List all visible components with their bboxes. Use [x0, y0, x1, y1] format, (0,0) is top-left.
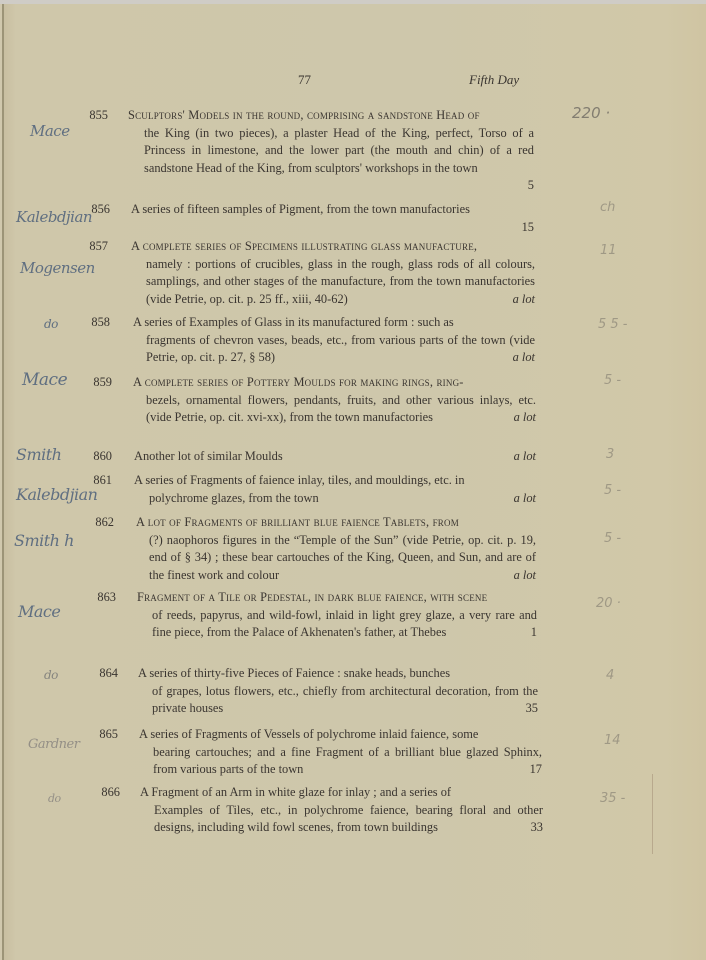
lot-description: A lot of Fragments of brilliant blue fai…	[136, 514, 536, 584]
buyer-name: Mace	[18, 603, 60, 621]
lot-description: A Fragment of an Arm in white glaze for …	[140, 784, 543, 837]
lot-desc-first: A series of fifteen samples of Pigment, …	[131, 202, 470, 216]
page-gutter-edge	[2, 4, 4, 960]
lot-quantity: a lot	[514, 409, 536, 427]
lot-desc-rest: namely : portions of crucibles, glass in…	[131, 256, 535, 309]
lot-quantity: a lot	[513, 349, 535, 367]
sale-price: 11	[600, 242, 617, 260]
lot-desc-first: A complete series of Pottery Moulds for …	[133, 375, 464, 389]
sale-price: 5 5 -	[598, 316, 628, 334]
lot-quantity: a lot	[514, 448, 536, 466]
sale-price: ch	[600, 199, 615, 217]
lot-desc-rest: bearing cartouches; and a fine Fragment …	[139, 744, 542, 779]
lot-number: 864	[78, 665, 118, 683]
lot-description: Fragment of a Tile or Pedestal, in dark …	[137, 589, 537, 642]
sale-price: 5 -	[604, 482, 621, 500]
lot-description: A series of Fragments of faience inlay, …	[134, 472, 536, 507]
buyer-name: Mace	[22, 372, 67, 390]
lot-description: A complete series of Pottery Moulds for …	[133, 374, 536, 427]
running-head: Fifth Day	[469, 72, 519, 88]
pencil-mark	[652, 774, 653, 854]
buyer-name: Mogensen	[20, 260, 95, 278]
lot-desc-rest: (?) naophoros figures in the “Temple of …	[136, 532, 536, 585]
lot-number: 860	[72, 448, 112, 466]
lot-desc-rest: of grapes, lotus flowers, etc., chiefly …	[138, 683, 538, 718]
page-number: 77	[298, 72, 311, 88]
sale-price: 5 -	[604, 372, 621, 390]
buyer-name: do	[44, 667, 58, 685]
lot-quantity: 35	[526, 700, 538, 718]
lot-quantity: a lot	[513, 291, 535, 309]
lot-desc-rest: bezels, ornamental flowers, pendants, fr…	[133, 392, 536, 427]
lot-desc-first: Another lot of similar Moulds	[134, 449, 283, 463]
sale-price: 3	[606, 446, 614, 464]
lot-description: Another lot of similar Moulds a lot	[134, 448, 536, 466]
lot-description: A series of Fragments of Vessels of poly…	[139, 726, 542, 779]
buyer-name: Kalebdjian	[16, 209, 92, 227]
sale-price: 14	[604, 732, 621, 750]
lot-desc-first: A series of thirty-five Pieces of Faienc…	[138, 666, 450, 680]
lot-desc-first: A series of Fragments of Vessels of poly…	[139, 727, 478, 741]
lot-quantity: 15	[522, 219, 534, 237]
lot-desc-first: Sculptors' Models in the round, comprisi…	[128, 108, 480, 122]
lot-quantity: 17	[530, 761, 542, 779]
lot-description: A series of fifteen samples of Pigment, …	[131, 201, 534, 236]
lot-desc-rest: fragments of chevron vases, beads, etc.,…	[133, 332, 535, 367]
lot-number: 863	[76, 589, 116, 607]
buyer-name: Gardner	[28, 736, 79, 754]
sale-price: 35 -	[600, 790, 625, 808]
lot-number: 866	[80, 784, 120, 802]
lot-desc-rest: Examples of Tiles, etc., in polychrome f…	[140, 802, 543, 837]
page-header: 77 Fifth Day	[0, 72, 706, 92]
sale-price: 5 -	[604, 530, 621, 548]
lot-desc-first: A series of Fragments of faience inlay, …	[134, 473, 465, 487]
lot-description: A series of thirty-five Pieces of Faienc…	[138, 665, 538, 718]
buyer-name: Kalebdjian	[16, 486, 97, 504]
buyer-name: do	[48, 790, 61, 808]
lot-number: 857	[68, 238, 108, 256]
lot-number: 865	[78, 726, 118, 744]
lot-desc-rest: of reeds, papyrus, and wild-fowl, inlaid…	[137, 607, 537, 642]
sale-price: 4	[606, 667, 614, 685]
lot-quantity: 33	[531, 819, 543, 837]
lot-number: 858	[70, 314, 110, 332]
lot-desc-rest: polychrome glazes, from the town	[134, 490, 319, 508]
lot-description: A complete series of Specimens illustrat…	[131, 238, 535, 308]
sale-price: 220 ·	[572, 105, 610, 123]
lot-description: A series of Examples of Glass in its man…	[133, 314, 535, 367]
lot-desc-first: A complete series of Specimens illustrat…	[131, 239, 477, 253]
lot-number: 859	[72, 374, 112, 392]
lot-number: 855	[68, 107, 108, 125]
lot-desc-first: A series of Examples of Glass in its man…	[133, 315, 454, 329]
buyer-name: Smith	[16, 446, 61, 464]
lot-quantity: 1	[531, 624, 537, 642]
lot-quantity: a lot	[514, 490, 536, 508]
buyer-name: Smith h	[14, 532, 74, 550]
lot-quantity: 5	[528, 177, 534, 195]
sale-price: 20 ·	[596, 595, 621, 613]
lot-number: 862	[74, 514, 114, 532]
lot-desc-first: Fragment of a Tile or Pedestal, in dark …	[137, 590, 487, 604]
buyer-name: do	[44, 316, 58, 334]
lot-description: Sculptors' Models in the round, comprisi…	[128, 107, 534, 195]
lot-desc-first: A lot of Fragments of brilliant blue fai…	[136, 515, 459, 529]
lot-quantity: a lot	[514, 567, 536, 585]
lot-desc-first: A Fragment of an Arm in white glaze for …	[140, 785, 451, 799]
buyer-name: Mace	[30, 123, 70, 141]
lot-desc-rest: the King (in two pieces), a plaster Head…	[128, 125, 534, 178]
